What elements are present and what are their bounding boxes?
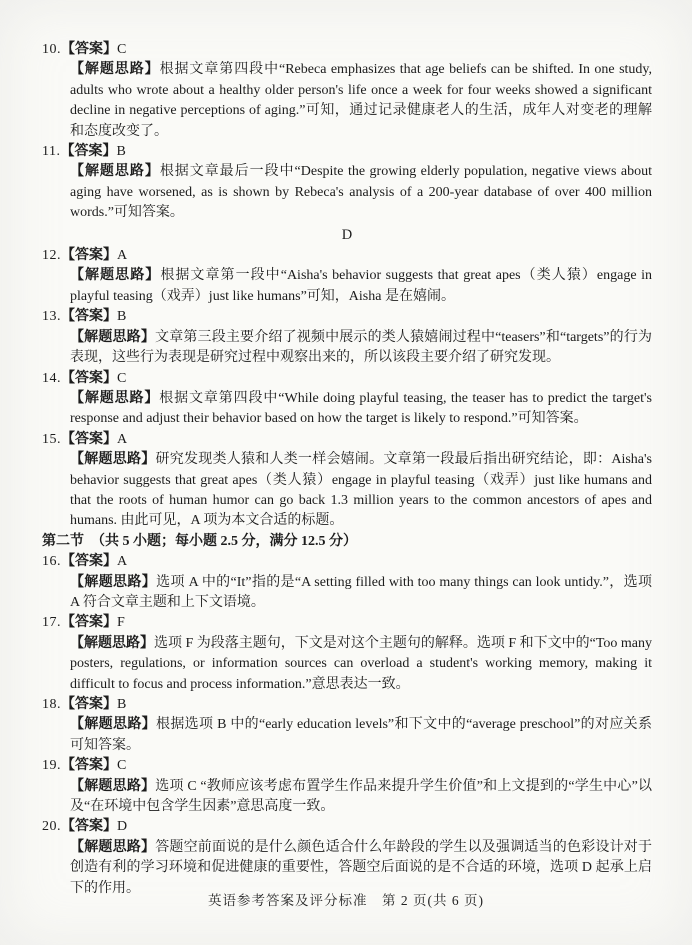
explain-label: 【解题思路】 [70, 779, 155, 794]
answer-letter: F [117, 615, 125, 630]
explanation: 【解题思路】选项 F 为段落主题句，下文是对这个主题句的解释。选项 F 和下文中… [70, 634, 652, 695]
answer-letter: B [117, 697, 126, 712]
answer-letter: C [117, 758, 126, 773]
question-number: 18. [42, 697, 61, 712]
answer-item: 12.【答案】A 【解题思路】根据文章第一段中“Aisha's behavior… [42, 246, 652, 307]
question-number: 19. [42, 758, 61, 773]
answer-letter: A [117, 248, 127, 263]
answer-item: 15.【答案】A 【解题思路】研究发现类人猿和人类一样会嬉闹。文章第一段最后指出… [42, 430, 652, 532]
explain-label: 【解题思路】 [70, 268, 160, 283]
answer-letter: B [116, 144, 125, 159]
explanation: 【解题思路】根据文章第四段中“While doing playful teasi… [70, 389, 652, 430]
answer-line: 15.【答案】A [42, 430, 652, 450]
explanation: 【解题思路】研究发现类人猿和人类一样会嬉闹。文章第一段最后指出研究结论，即：Ai… [70, 450, 652, 532]
answer-item: 10.【答案】C 【解题思路】根据文章第四段中“Rebeca emphasize… [42, 40, 652, 142]
explanation-text: 选项 A 中的“It”指的是“A setting filled with too… [70, 575, 652, 610]
answer-label: 【答案】 [61, 615, 117, 630]
answer-item: 19.【答案】C 【解题思路】选项 C “教师应该考虑布置学生作品来提升学生价值… [42, 756, 652, 817]
answer-label: 【答案】 [61, 758, 117, 773]
answer-label: 【答案】 [60, 144, 116, 159]
explanation: 【解题思路】选项 C “教师应该考虑布置学生作品来提升学生价值”和上文提到的“学… [70, 777, 652, 818]
answer-line: 10.【答案】C [42, 40, 652, 60]
explanation: 【解题思路】根据文章最后一段中“Despite the growing elde… [70, 162, 652, 223]
question-number: 13. [42, 309, 61, 324]
answer-item: 16.【答案】A 【解题思路】选项 A 中的“It”指的是“A setting … [42, 552, 652, 613]
explanation: 【解题思路】根据选项 B 中的“early education levels”和… [70, 715, 652, 756]
explanation-text: 答题空前面说的是什么颜色适合什么年龄段的学生以及强调适当的色彩设计对于创造有利的… [70, 840, 652, 896]
explanation: 【解题思路】文章第三段主要介绍了视频中展示的类人猿嬉闹过程中“teasers”和… [70, 328, 652, 369]
answer-letter: B [117, 309, 126, 324]
answer-letter: D [117, 819, 127, 834]
section-header: 第二节 （共 5 小题；每小题 2.5 分，满分 12.5 分） [42, 532, 652, 552]
answer-label: 【答案】 [61, 248, 117, 263]
answer-line: 20.【答案】D [42, 817, 652, 837]
answer-letter: C [117, 42, 126, 57]
answer-item: 20.【答案】D 【解题思路】答题空前面说的是什么颜色适合什么年龄段的学生以及强… [42, 817, 652, 899]
answer-line: 12.【答案】A [42, 246, 652, 266]
answer-item: 14.【答案】C 【解题思路】根据文章第四段中“While doing play… [42, 369, 652, 430]
explanation: 【解题思路】选项 A 中的“It”指的是“A setting filled wi… [70, 573, 652, 614]
explanation-text: 根据选项 B 中的“early education levels”和下文中的“a… [70, 717, 652, 752]
question-number: 12. [42, 248, 61, 263]
explain-label: 【解题思路】 [70, 636, 154, 651]
question-number: 11. [42, 144, 60, 159]
question-number: 10. [42, 42, 61, 57]
answer-label: 【答案】 [61, 554, 117, 569]
answer-letter: C [117, 371, 126, 386]
answer-label: 【答案】 [61, 309, 117, 324]
answer-line: 18.【答案】B [42, 695, 652, 715]
explanation-text: 选项 C “教师应该考虑布置学生作品来提升学生价值”和上文提到的“学生中心”以及… [70, 779, 652, 814]
answer-label: 【答案】 [61, 697, 117, 712]
answer-letter: A [117, 432, 127, 447]
answer-item: 17.【答案】F 【解题思路】选项 F 为段落主题句，下文是对这个主题句的解释。… [42, 613, 652, 695]
explain-label: 【解题思路】 [70, 391, 159, 406]
answer-item: 11.【答案】B 【解题思路】根据文章最后一段中“Despite the gro… [42, 142, 652, 224]
passage-marker: D [42, 225, 652, 245]
explanation: 【解题思路】根据文章第一段中“Aisha's behavior suggests… [70, 266, 652, 307]
answer-line: 17.【答案】F [42, 613, 652, 633]
answer-line: 14.【答案】C [42, 369, 652, 389]
question-number: 15. [42, 432, 61, 447]
explain-label: 【解题思路】 [70, 452, 155, 467]
question-number: 20. [42, 819, 61, 834]
explain-label: 【解题思路】 [70, 330, 155, 345]
explain-label: 【解题思路】 [70, 164, 160, 179]
explanation-text: 选项 F 为段落主题句，下文是对这个主题句的解释。选项 F 和下文中的“Too … [70, 636, 652, 692]
page-footer: 英语参考答案及评分标准 第 2 页(共 6 页) [0, 889, 692, 909]
explain-label: 【解题思路】 [70, 575, 156, 590]
answer-label: 【答案】 [61, 819, 117, 834]
answer-label: 【答案】 [61, 371, 117, 386]
answer-line: 19.【答案】C [42, 756, 652, 776]
answer-item: 13.【答案】B 【解题思路】文章第三段主要介绍了视频中展示的类人猿嬉闹过程中“… [42, 307, 652, 368]
explain-label: 【解题思路】 [70, 62, 160, 77]
answer-label: 【答案】 [61, 432, 117, 447]
question-number: 14. [42, 371, 61, 386]
explain-label: 【解题思路】 [70, 840, 155, 855]
explanation: 【解题思路】根据文章第四段中“Rebeca emphasizes that ag… [70, 60, 652, 142]
question-number: 17. [42, 615, 61, 630]
answer-line: 11.【答案】B [42, 142, 652, 162]
explanation-text: 研究发现类人猿和人类一样会嬉闹。文章第一段最后指出研究结论，即：Aisha's … [70, 452, 652, 528]
answer-item: 18.【答案】B 【解题思路】根据选项 B 中的“early education… [42, 695, 652, 756]
explanation-text: 文章第三段主要介绍了视频中展示的类人猿嬉闹过程中“teasers”和“targe… [70, 330, 652, 365]
answer-line: 16.【答案】A [42, 552, 652, 572]
question-number: 16. [42, 554, 61, 569]
explain-label: 【解题思路】 [70, 717, 156, 732]
answer-line: 13.【答案】B [42, 307, 652, 327]
answer-label: 【答案】 [61, 42, 117, 57]
answer-list: 10.【答案】C 【解题思路】根据文章第四段中“Rebeca emphasize… [42, 40, 652, 899]
scanned-answer-page: 10.【答案】C 【解题思路】根据文章第四段中“Rebeca emphasize… [0, 0, 692, 945]
answer-letter: A [117, 554, 127, 569]
